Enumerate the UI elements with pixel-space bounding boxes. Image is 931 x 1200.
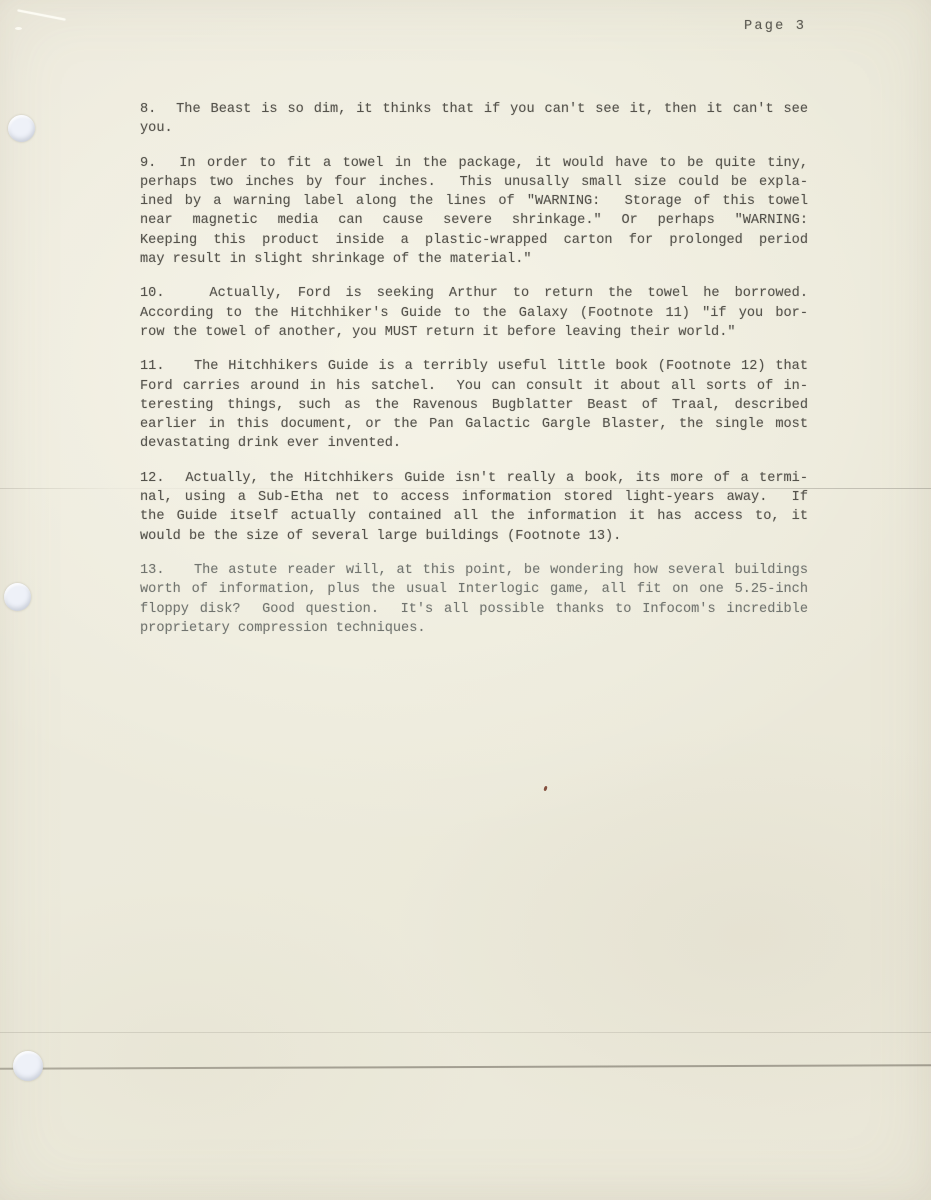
paragraph-12: 12. Actually, the Hitchhikers Guide isn'…	[140, 469, 808, 546]
text-line: Keeping this product inside a plastic-wr…	[140, 231, 808, 250]
scanned-paper-page: Page 3 8. The Beast is so dim, it thinks…	[0, 0, 931, 1200]
text-line: floppy disk? Good question. It's all pos…	[140, 600, 808, 619]
paragraph-8: 8. The Beast is so dim, it thinks that i…	[140, 100, 808, 139]
text-line: 8. The Beast is so dim, it thinks that i…	[140, 100, 808, 119]
text-line: near magnetic media can cause severe shr…	[140, 211, 808, 230]
text-line: According to the Hitchhiker's Guide to t…	[140, 304, 808, 323]
text-line: you.	[140, 119, 808, 138]
text-line: teresting things, such as the Ravenous B…	[140, 396, 808, 415]
hole-punch-top	[8, 115, 35, 142]
paper-crease-middle	[0, 488, 931, 489]
text-line: proprietary compression techniques.	[140, 619, 808, 638]
page-number-label: Page 3	[744, 19, 806, 34]
text-line: the Guide itself actually contained all …	[140, 507, 808, 526]
paper-crease-bottom-dark	[0, 1064, 931, 1070]
paper-scratch-speck	[15, 27, 22, 30]
text-line: devastating drink ever invented.	[140, 434, 808, 453]
paragraph-11: 11. The Hitchhikers Guide is a terribly …	[140, 357, 808, 453]
paragraph-10: 10. Actually, Ford is seeking Arthur to …	[140, 284, 808, 342]
text-line: Ford carries around in his satchel. You …	[140, 377, 808, 396]
paper-crease-bottom-faint	[0, 1032, 931, 1033]
text-line: ined by a warning label along the lines …	[140, 192, 808, 211]
hole-punch-bottom	[13, 1051, 43, 1081]
text-line: nal, using a Sub-Etha net to access info…	[140, 488, 808, 507]
text-line: may result in slight shrinkage of the ma…	[140, 250, 808, 269]
paper-scratch-mark	[17, 9, 65, 20]
paragraph-9: 9. In order to fit a towel in the packag…	[140, 154, 808, 270]
text-line: worth of information, plus the usual Int…	[140, 580, 808, 599]
text-line: perhaps two inches by four inches. This …	[140, 173, 808, 192]
paragraph-13: 13. The astute reader will, at this poin…	[140, 561, 808, 638]
text-line: earlier in this document, or the Pan Gal…	[140, 415, 808, 434]
text-line: 9. In order to fit a towel in the packag…	[140, 154, 808, 173]
text-line: 12. Actually, the Hitchhikers Guide isn'…	[140, 469, 808, 488]
text-line: row the towel of another, you MUST retur…	[140, 323, 808, 342]
text-line: 10. Actually, Ford is seeking Arthur to …	[140, 284, 808, 303]
hole-punch-middle	[4, 583, 31, 611]
text-line: 13. The astute reader will, at this poin…	[140, 561, 808, 580]
text-line: 11. The Hitchhikers Guide is a terribly …	[140, 357, 808, 376]
document-body: 8. The Beast is so dim, it thinks that i…	[140, 100, 808, 653]
ink-speck	[543, 786, 547, 792]
text-line: would be the size of several large build…	[140, 527, 808, 546]
